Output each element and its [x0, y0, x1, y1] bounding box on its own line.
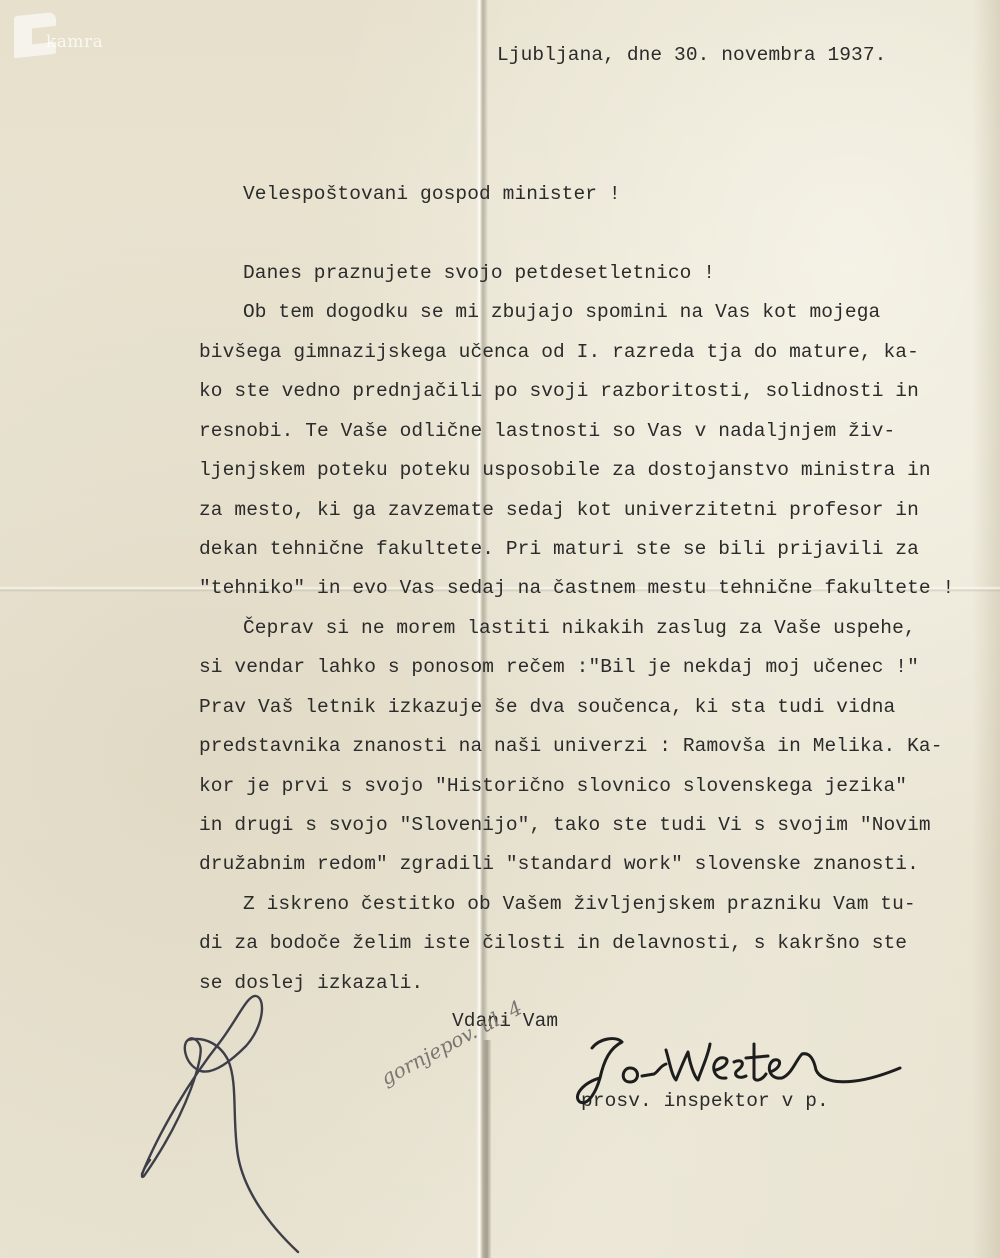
body-line: Danes praznujete svojo petdesetletnico !: [243, 262, 715, 284]
body-line: "tehniko" in evo Vas sedaj na častnem me…: [199, 577, 954, 599]
body-line: Prav Vaš letnik izkazuje še dva součenca…: [199, 696, 895, 718]
body-line: družabnim redom" zgradili "standard work…: [199, 853, 919, 875]
handwritten-r-mark: [120, 990, 340, 1258]
body-line: Čeprav si ne morem lastiti nikakih zaslu…: [243, 617, 916, 639]
body-line: di za bodoče želim iste čilosti in delav…: [199, 932, 907, 954]
body-line: ljenjskem poteku poteku usposobile za do…: [199, 459, 931, 481]
watermark-text: kamra: [46, 32, 103, 52]
body-line: ko ste vedno prednjačili po svoji razbor…: [199, 380, 919, 402]
signature-title: prosv. inspektor v p.: [581, 1090, 829, 1112]
body-line: si vendar lahko s ponosom rečem :"Bil je…: [199, 656, 919, 678]
body-line: predstavnika znanosti na naši univerzi :…: [199, 735, 943, 757]
body-line: kor je prvi s svojo "Historično slovnico…: [199, 775, 907, 797]
letter-paper: kamra Ljubljana, dne 30. novembra 1937. …: [0, 0, 1000, 1258]
vertical-fold-shadow: [483, 1040, 491, 1258]
body-line: za mesto, ki ga zavzemate sedaj kot univ…: [199, 499, 919, 521]
body-line: resnobi. Te Vaše odlične lastnosti so Va…: [199, 420, 895, 442]
body-line: dekan tehnične fakultete. Pri maturi ste…: [199, 538, 919, 560]
body-line: se doslej izkazali.: [199, 972, 423, 994]
date-line: Ljubljana, dne 30. novembra 1937.: [497, 44, 886, 66]
body-line: in drugi s svojo "Slovenijo", tako ste t…: [199, 814, 931, 836]
paper-edge-shadow: [972, 0, 1000, 1258]
salutation: Velespoštovani gospod minister !: [243, 183, 621, 205]
archive-watermark-logo: kamra: [12, 14, 122, 59]
body-line: Ob tem dogodku se mi zbujajo spomini na …: [243, 301, 880, 323]
body-line: bivšega gimnazijskega učenca od I. razre…: [199, 341, 919, 363]
body-line: Z iskreno čestitko ob Vašem življenjskem…: [243, 893, 916, 915]
